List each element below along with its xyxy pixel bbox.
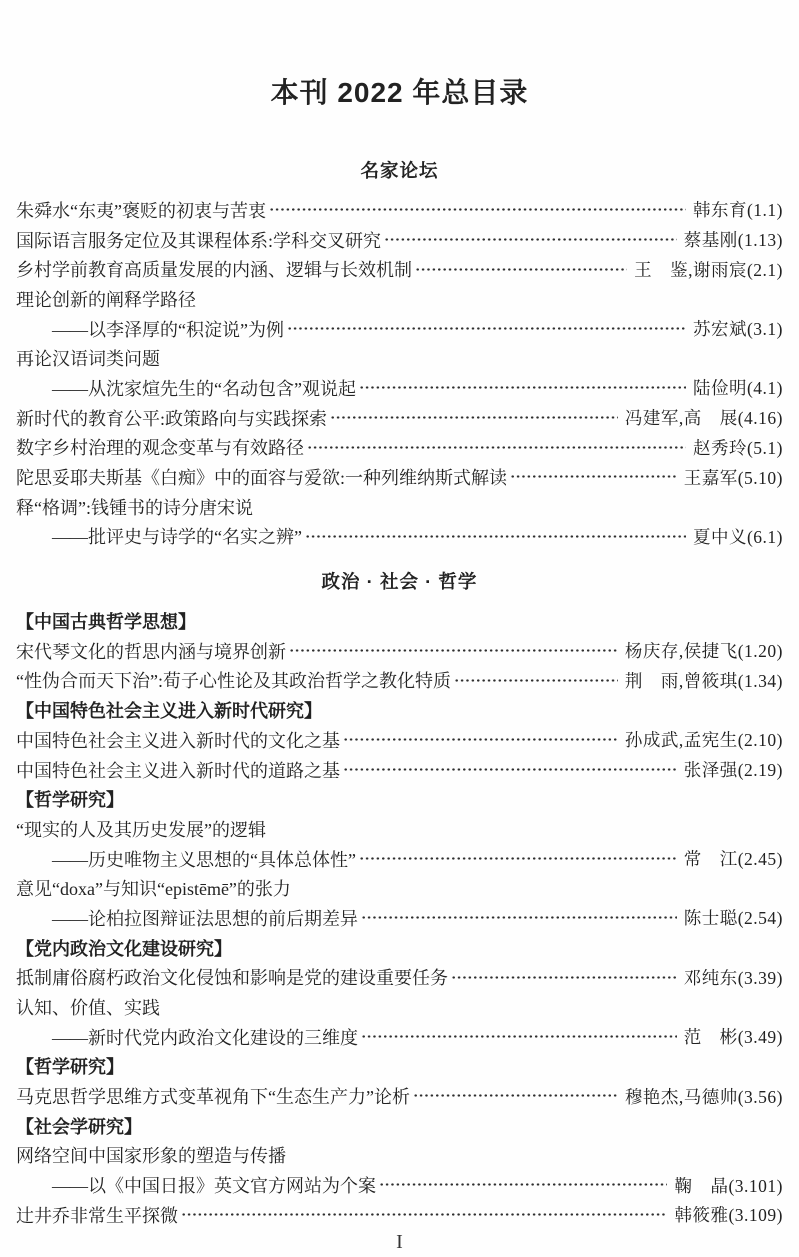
section-mingjia-luntan: 名家论坛 朱舜水“东夷”褒贬的初衷与苦衷韩东育(1.1)国际语言服务定位及其课程… — [16, 160, 783, 551]
dot-leader — [289, 636, 618, 666]
entry-title: 新时代的教育公平:政策路向与实践探索 — [16, 405, 327, 431]
dot-leader — [181, 1200, 667, 1230]
category-heading: 【哲学研究】 — [16, 784, 783, 814]
entry-title: 再论汉语词类问题 — [16, 345, 160, 371]
toc-entry: 理论创新的阐释学路径 — [16, 284, 783, 314]
entry-title: 认知、价值、实践 — [16, 994, 160, 1020]
entry-title: 释“格调”:钱锺书的诗分唐宋说 — [16, 494, 253, 520]
entry-title: ——以《中国日报》英文官方网站为个案 — [52, 1172, 376, 1198]
dot-leader — [384, 225, 677, 255]
entry-title: ——论柏拉图辩证法思想的前后期差异 — [52, 905, 358, 931]
toc-entry: 辻井乔非常生平探微韩筱雅(3.109) — [16, 1200, 783, 1230]
toc-entry: 乡村学前教育高质量发展的内涵、逻辑与长效机制王 鉴,谢雨宸(2.1) — [16, 254, 783, 284]
entry-title: 宋代琴文化的哲思内涵与境界创新 — [16, 638, 286, 664]
entry-title: 朱舜水“东夷”褒贬的初衷与苦衷 — [16, 197, 266, 223]
dot-leader — [454, 666, 618, 696]
toc-entry: 释“格调”:钱锺书的诗分唐宋说 — [16, 492, 783, 522]
entry-author-page: 常 江(2.45) — [684, 846, 783, 871]
toc-entry: 陀思妥耶夫斯基《白痴》中的面容与爱欲:一种列维纳斯式解读王嘉军(5.10) — [16, 462, 783, 492]
toc-entry: 新时代的教育公平:政策路向与实践探索冯建军,高 展(4.16) — [16, 403, 783, 433]
entry-title: 乡村学前教育高质量发展的内涵、逻辑与长效机制 — [16, 256, 412, 282]
dot-leader — [287, 314, 686, 344]
toc-entry: “现实的人及其历史发展”的逻辑 — [16, 814, 783, 844]
entry-title: 【哲学研究】 — [16, 786, 124, 812]
entry-title: ——以李泽厚的“积淀说”为例 — [52, 316, 284, 342]
dot-leader — [330, 403, 618, 433]
entry-author-page: 蔡基刚(1.13) — [684, 227, 783, 252]
category-heading: 【党内政治文化建设研究】 — [16, 933, 783, 963]
entry-title: ——批评史与诗学的“名实之辨” — [52, 523, 302, 549]
entry-title: ——新时代党内政治文化建设的三维度 — [52, 1024, 358, 1050]
category-heading: 【哲学研究】 — [16, 1052, 783, 1082]
entry-author-page: 韩筱雅(3.109) — [674, 1202, 783, 1227]
dot-leader — [361, 1022, 677, 1052]
entry-title: 【社会学研究】 — [16, 1113, 142, 1139]
entry-title: 抵制庸俗腐朽政治文化侵蚀和影响是党的建设重要任务 — [16, 964, 448, 990]
dot-leader — [413, 1081, 618, 1111]
entry-author-page: 穆艳杰,马德帅(3.56) — [625, 1084, 783, 1109]
entry-author-page: 冯建军,高 展(4.16) — [625, 405, 783, 430]
entry-title: 理论创新的阐释学路径 — [16, 286, 196, 312]
entry-author-page: 韩东育(1.1) — [693, 197, 783, 222]
entry-author-page: 赵秀玲(5.1) — [693, 435, 783, 460]
toc-entry: 国际语言服务定位及其课程体系:学科交叉研究蔡基刚(1.13) — [16, 225, 783, 255]
entry-author-page: 孙成武,孟宪生(2.10) — [625, 727, 783, 752]
entry-title: 数字乡村治理的观念变革与有效路径 — [16, 434, 304, 460]
entry-author-page: 范 彬(3.49) — [684, 1024, 783, 1049]
entry-title: 【中国古典哲学思想】 — [16, 608, 196, 634]
entry-title: 网络空间中国家形象的塑造与传播 — [16, 1142, 286, 1168]
entry-title: 陀思妥耶夫斯基《白痴》中的面容与爱欲:一种列维纳斯式解读 — [16, 464, 507, 490]
entry-author-page: 陆俭明(4.1) — [693, 375, 783, 400]
entry-title: 中国特色社会主义进入新时代的文化之基 — [16, 727, 340, 753]
entry-title: 马克思哲学思维方式变革视角下“生态生产力”论析 — [16, 1083, 410, 1109]
toc-entry: ——从沈家煊先生的“名动包含”观说起陆俭明(4.1) — [16, 373, 783, 403]
toc-entry: 中国特色社会主义进入新时代的道路之基张泽强(2.19) — [16, 755, 783, 785]
page-title: 本刊 2022 年总目录 — [16, 76, 783, 110]
toc-entry: 认知、价值、实践 — [16, 992, 783, 1022]
toc-entry: 再论汉语词类问题 — [16, 343, 783, 373]
toc-entry: ——历史唯物主义思想的“具体总体性”常 江(2.45) — [16, 844, 783, 874]
toc-entry: 中国特色社会主义进入新时代的文化之基孙成武,孟宪生(2.10) — [16, 725, 783, 755]
toc-entry-list: 【中国古典哲学思想】宋代琴文化的哲思内涵与境界创新杨庆存,侯捷飞(1.20)“性… — [16, 606, 783, 1229]
section-heading: 名家论坛 — [16, 160, 783, 182]
entry-title: 【哲学研究】 — [16, 1053, 124, 1079]
toc-entry: “性伪合而天下治”:荀子心性论及其政治哲学之教化特质荆 雨,曾筱琪(1.34) — [16, 666, 783, 696]
entry-title: 【中国特色社会主义进入新时代研究】 — [16, 697, 322, 723]
entry-author-page: 陈士聪(2.54) — [684, 905, 783, 930]
dot-leader — [359, 373, 686, 403]
entry-author-page: 荆 雨,曾筱琪(1.34) — [625, 668, 783, 693]
toc-entry: 马克思哲学思维方式变革视角下“生态生产力”论析穆艳杰,马德帅(3.56) — [16, 1081, 783, 1111]
dot-leader — [415, 254, 627, 284]
entry-title: “现实的人及其历史发展”的逻辑 — [16, 816, 266, 842]
toc-entry: 朱舜水“东夷”褒贬的初衷与苦衷韩东育(1.1) — [16, 195, 783, 225]
toc-entry: 宋代琴文化的哲思内涵与境界创新杨庆存,侯捷飞(1.20) — [16, 636, 783, 666]
entry-author-page: 杨庆存,侯捷飞(1.20) — [625, 638, 783, 663]
entry-title: ——从沈家煊先生的“名动包含”观说起 — [52, 375, 356, 401]
dot-leader — [305, 522, 686, 552]
dot-leader — [269, 195, 686, 225]
toc-entry-list: 朱舜水“东夷”褒贬的初衷与苦衷韩东育(1.1)国际语言服务定位及其课程体系:学科… — [16, 195, 783, 551]
dot-leader — [359, 844, 677, 874]
section-heading: 政治 · 社会 · 哲学 — [16, 571, 783, 593]
category-heading: 【中国特色社会主义进入新时代研究】 — [16, 695, 783, 725]
entry-title: 辻井乔非常生平探微 — [16, 1202, 178, 1228]
entry-author-page: 王嘉军(5.10) — [684, 465, 783, 490]
journal-toc-page: 本刊 2022 年总目录 名家论坛 朱舜水“东夷”褒贬的初衷与苦衷韩东育(1.1… — [0, 0, 799, 1257]
dot-leader — [361, 903, 677, 933]
toc-entry: 数字乡村治理的观念变革与有效路径赵秀玲(5.1) — [16, 433, 783, 463]
entry-title: 国际语言服务定位及其课程体系:学科交叉研究 — [16, 227, 381, 253]
entry-author-page: 鞠 晶(3.101) — [674, 1173, 783, 1198]
dot-leader — [379, 1170, 667, 1200]
entry-title: “性伪合而天下治”:荀子心性论及其政治哲学之教化特质 — [16, 667, 451, 693]
page-number: I — [16, 1230, 783, 1254]
entry-title: ——历史唯物主义思想的“具体总体性” — [52, 846, 356, 872]
entry-title: 意见“doxa”与知识“epistēmē”的张力 — [16, 875, 291, 901]
category-heading: 【中国古典哲学思想】 — [16, 606, 783, 636]
dot-leader — [510, 462, 677, 492]
dot-leader — [307, 433, 686, 463]
dot-leader — [451, 963, 677, 993]
section-zhengzhi-shehui-zhexue: 政治 · 社会 · 哲学 【中国古典哲学思想】宋代琴文化的哲思内涵与境界创新杨庆… — [16, 571, 783, 1229]
entry-author-page: 夏中义(6.1) — [693, 524, 783, 549]
entry-author-page: 邓纯东(3.39) — [684, 965, 783, 990]
toc-entry: ——以《中国日报》英文官方网站为个案鞠 晶(3.101) — [16, 1170, 783, 1200]
entry-title: 中国特色社会主义进入新时代的道路之基 — [16, 757, 340, 783]
toc-entry: ——批评史与诗学的“名实之辨”夏中义(6.1) — [16, 522, 783, 552]
dot-leader — [343, 725, 618, 755]
entry-author-page: 苏宏斌(3.1) — [693, 316, 783, 341]
dot-leader — [343, 755, 677, 785]
toc-entry: 抵制庸俗腐朽政治文化侵蚀和影响是党的建设重要任务邓纯东(3.39) — [16, 963, 783, 993]
entry-author-page: 王 鉴,谢雨宸(2.1) — [634, 257, 783, 282]
toc-entry: ——论柏拉图辩证法思想的前后期差异陈士聪(2.54) — [16, 903, 783, 933]
toc-entry: 网络空间中国家形象的塑造与传播 — [16, 1141, 783, 1171]
toc-entry: ——新时代党内政治文化建设的三维度范 彬(3.49) — [16, 1022, 783, 1052]
entry-title: 【党内政治文化建设研究】 — [16, 935, 232, 961]
toc-entry: 意见“doxa”与知识“epistēmē”的张力 — [16, 873, 783, 903]
category-heading: 【社会学研究】 — [16, 1111, 783, 1141]
entry-author-page: 张泽强(2.19) — [684, 757, 783, 782]
toc-entry: ——以李泽厚的“积淀说”为例苏宏斌(3.1) — [16, 314, 783, 344]
